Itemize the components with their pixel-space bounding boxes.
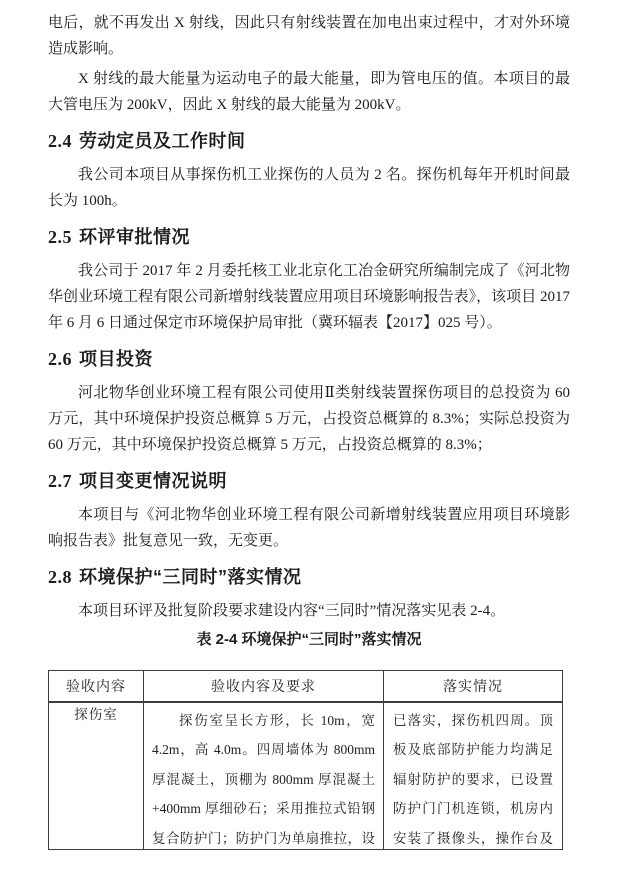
section-title: 劳动定员及工作时间 [79, 131, 246, 151]
requirement-text: 探伤室呈长方形，长 10m，宽 4.2m，高 4.0m。四周墙体为 800mm … [144, 703, 383, 848]
section-title: 项目变更情况说明 [79, 471, 227, 491]
section-number: 2.7 [48, 471, 72, 491]
table-caption: 表 2-4 环境保护“三同时”落实情况 [48, 630, 570, 650]
section-paragraph-2-7: 本项目与《河北物华创业环境工程有限公司新增射线装置应用项目环境影响报告表》批复意… [48, 502, 570, 554]
section-number: 2.6 [48, 349, 72, 369]
table-cell-item: 探伤室 [49, 702, 144, 850]
implementation-text: 已落实，探伤机四周。顶板及底部防护能力均满足辐射防护的要求，已设置防护门门机连锁… [384, 703, 562, 848]
section-heading-2-8: 2.8环境保护“三同时”落实情况 [48, 566, 570, 588]
header-cell-requirements: 验收内容及要求 [144, 671, 384, 703]
continuation-paragraph: 电后，就不再发出 X 射线，因此只有射线装置在加电出束过程中，才对外环境造成影响… [48, 10, 570, 62]
table-row: 探伤室 探伤室呈长方形，长 10m，宽 4.2m，高 4.0m。四周墙体为 80… [49, 702, 563, 850]
section-paragraph-2-8: 本项目环评及批复阶段要求建设内容“三同时”情况落实见表 2-4。 [48, 598, 570, 624]
table-header-row: 验收内容 验收内容及要求 落实情况 [49, 671, 563, 703]
section-title: 环评审批情况 [79, 227, 190, 247]
section-paragraph-2-4: 我公司本项目从事探伤机工业探伤的人员为 2 名。探伤机每年开机时间最长为 100… [48, 162, 570, 214]
header-cell-acceptance-item: 验收内容 [49, 671, 144, 703]
three-simultaneous-table: 验收内容 验收内容及要求 落实情况 探伤室 探伤室呈长方形，长 10m，宽 4.… [48, 670, 563, 850]
section-heading-2-4: 2.4劳动定员及工作时间 [48, 130, 570, 152]
item-label: 探伤室 [49, 703, 143, 733]
section-title: 环境保护“三同时”落实情况 [79, 567, 302, 587]
section-heading-2-5: 2.5环评审批情况 [48, 226, 570, 248]
table-cell-requirement: 探伤室呈长方形，长 10m，宽 4.2m，高 4.0m。四周墙体为 800mm … [144, 702, 384, 850]
section-number: 2.8 [48, 567, 72, 587]
section-heading-2-7: 2.7项目变更情况说明 [48, 470, 570, 492]
section-paragraph-2-6: 河北物华创业环境工程有限公司使用Ⅱ类射线装置探伤项目的总投资为 60 万元，其中… [48, 380, 570, 458]
section-number: 2.4 [48, 131, 72, 151]
section-title: 项目投资 [79, 349, 153, 369]
section-number: 2.5 [48, 227, 72, 247]
document-page: 电后，就不再发出 X 射线，因此只有射线装置在加电出束过程中，才对外环境造成影响… [0, 0, 617, 887]
header-cell-implementation: 落实情况 [384, 671, 563, 703]
section-heading-2-6: 2.6项目投资 [48, 348, 570, 370]
intro-paragraph-xray-energy: X 射线的最大能量为运动电子的最大能量，即为管电压的值。本项目的最大管电压为 2… [48, 66, 570, 118]
table-cell-implementation: 已落实，探伤机四周。顶板及底部防护能力均满足辐射防护的要求，已设置防护门门机连锁… [384, 702, 563, 850]
section-paragraph-2-5: 我公司于 2017 年 2 月委托核工业北京化工冶金研究所编制完成了《河北物华创… [48, 258, 570, 336]
